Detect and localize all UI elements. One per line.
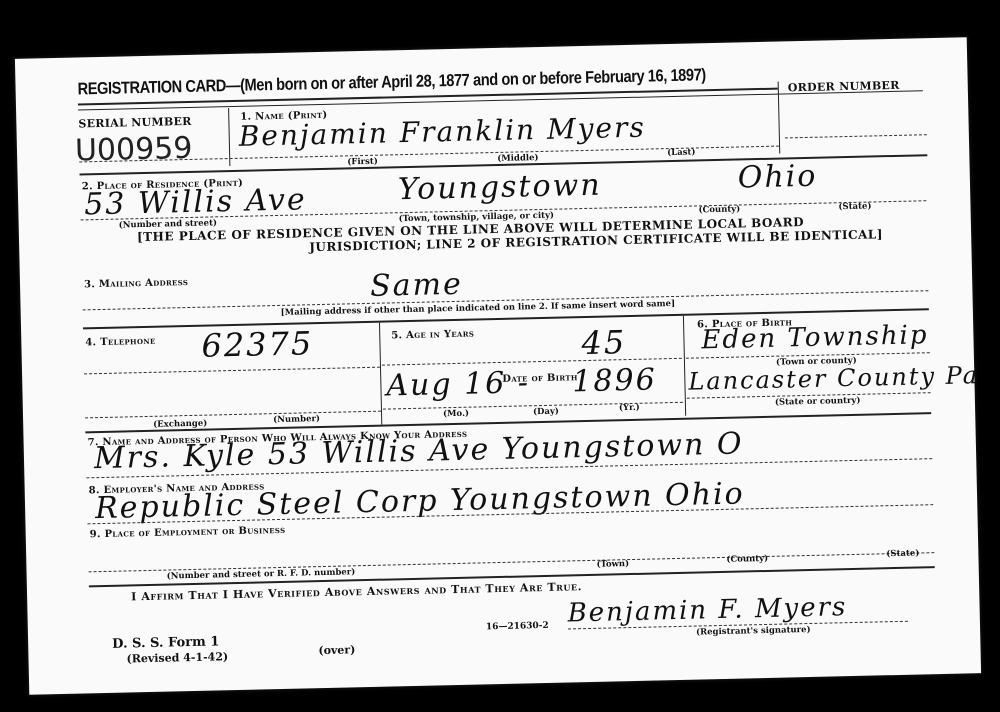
card-title: REGISTRATION CARD—(Men born on or after …	[77, 65, 706, 99]
residence-sub-county: (County)	[698, 204, 740, 215]
birthplace-town: Eden Township	[701, 320, 929, 355]
telephone-line-1	[84, 367, 380, 375]
over-label: (over)	[318, 643, 355, 657]
name-sub-last: (Last)	[667, 147, 695, 158]
dob-sub-yr: (Yr.)	[619, 403, 640, 413]
employment-sub-state: (State)	[886, 548, 919, 559]
telephone-sub-number: (Number)	[273, 414, 320, 425]
registration-card: REGISTRATION CARD—(Men born on or after …	[15, 37, 981, 694]
birthplace-sub-state: (State or country)	[775, 396, 861, 408]
residence-town: Youngstown	[398, 168, 602, 208]
birthplace-state: Lancaster County Pa	[688, 361, 979, 396]
employment-place-label: 9. Place of Employment or Business	[90, 525, 286, 540]
residence-state: Ohio	[737, 159, 817, 196]
employment-sub-county: (County)	[726, 554, 768, 565]
dob-label: Date of Birth	[502, 372, 578, 385]
mailing-value: Same	[370, 267, 463, 304]
order-number-label: ORDER NUMBER	[788, 79, 900, 95]
telephone-value: 62375	[201, 324, 314, 365]
age-label: 5. Age in Years	[391, 329, 474, 342]
serial-number-label: SERIAL NUMBER	[78, 115, 192, 131]
serial-number-value: U00959	[75, 131, 193, 169]
age-value: 45	[581, 323, 627, 362]
telephone-line-2	[85, 411, 381, 419]
residence-sub-state: (State)	[838, 201, 871, 212]
print-code: 16—21630-2	[486, 621, 549, 632]
dob-sub-day: (Day)	[533, 407, 559, 418]
dob-year: 1896	[572, 362, 657, 399]
form-name: D. S. S. Form 1	[112, 634, 220, 651]
telephone-label: 4. Telephone	[85, 336, 155, 349]
employment-sub-town: (Town)	[596, 559, 629, 570]
dob-sub-mo: (Mo.)	[443, 409, 469, 420]
order-divider	[778, 82, 781, 154]
order-number-line	[785, 134, 927, 138]
contact-value: Mrs. Kyle 53 Willis Ave Youngstown O	[94, 426, 744, 476]
signature-label: (Registrant's signature)	[696, 625, 811, 638]
form-revised: (Revised 4-1-42)	[126, 650, 228, 665]
name-sub-first: (First)	[347, 157, 378, 168]
age-birth-divider	[683, 316, 686, 416]
tel-age-divider	[379, 323, 382, 425]
mailing-label: 3. Mailing Address	[84, 277, 188, 290]
